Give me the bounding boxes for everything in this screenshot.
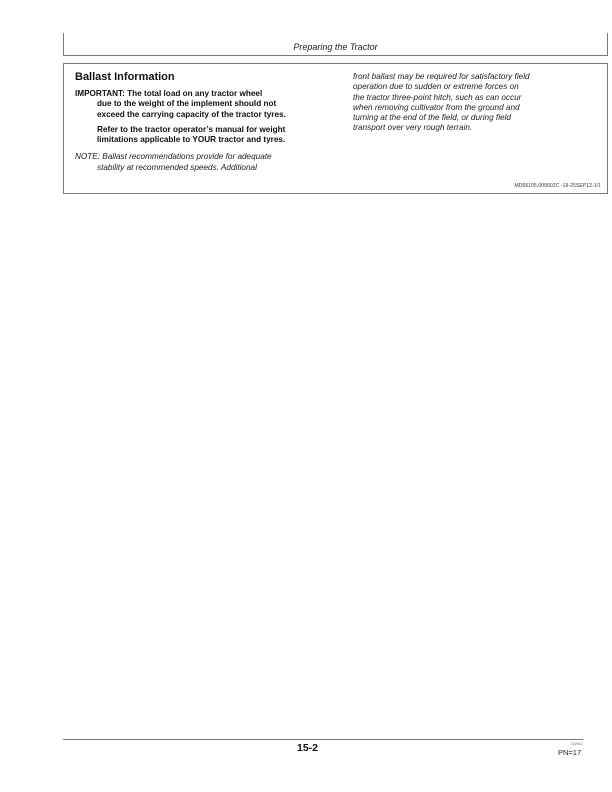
reference-code: MD66105,000002C -19-25SEP12-1/1 [515,183,602,189]
important-para2-line-2: limitations applicable to YOUR tractor a… [97,135,345,145]
important-notice: IMPORTANT: The total load on any tractor… [75,89,345,145]
footer-divider [63,739,583,740]
ballast-information-section: Ballast Information IMPORTANT: The total… [63,63,608,194]
important-para2-line-1: Refer to the tractor operator’s manual f… [97,125,345,135]
note-continued-line: when removing cultivator from the ground… [353,103,598,113]
running-header: Preparing the Tractor [63,33,608,56]
note-continued-line: the tractor three-point hitch, such as c… [353,93,598,103]
footer-small-code: 102912 [571,742,583,746]
important-line-2: due to the weight of the implement shoul… [75,99,345,109]
section-title: Ballast Information [75,71,345,83]
note-continued-line: turning at the end of the field, or duri… [353,113,598,123]
note-line-2: stability at recommended speeds. Additio… [75,163,345,173]
important-line-3: exceed the carrying capacity of the trac… [75,110,345,120]
important-line-1: IMPORTANT: The total load on any tractor… [75,89,262,98]
note-continued-line: operation due to sudden or extreme force… [353,82,598,92]
page-number: 15-2 [297,742,318,754]
pn-label: PN=17 [558,748,581,757]
note-continued-line: transport over very rough terrain. [353,123,598,133]
note: NOTE: Ballast recommendations provide fo… [75,152,345,173]
header-title: Preparing the Tractor [64,42,607,52]
right-column: front ballast may be required for satisf… [353,72,598,134]
left-column: Ballast Information IMPORTANT: The total… [75,71,345,173]
note-continued: front ballast may be required for satisf… [353,72,598,134]
note-line-1: NOTE: Ballast recommendations provide fo… [75,152,345,162]
note-continued-line: front ballast may be required for satisf… [353,72,598,82]
